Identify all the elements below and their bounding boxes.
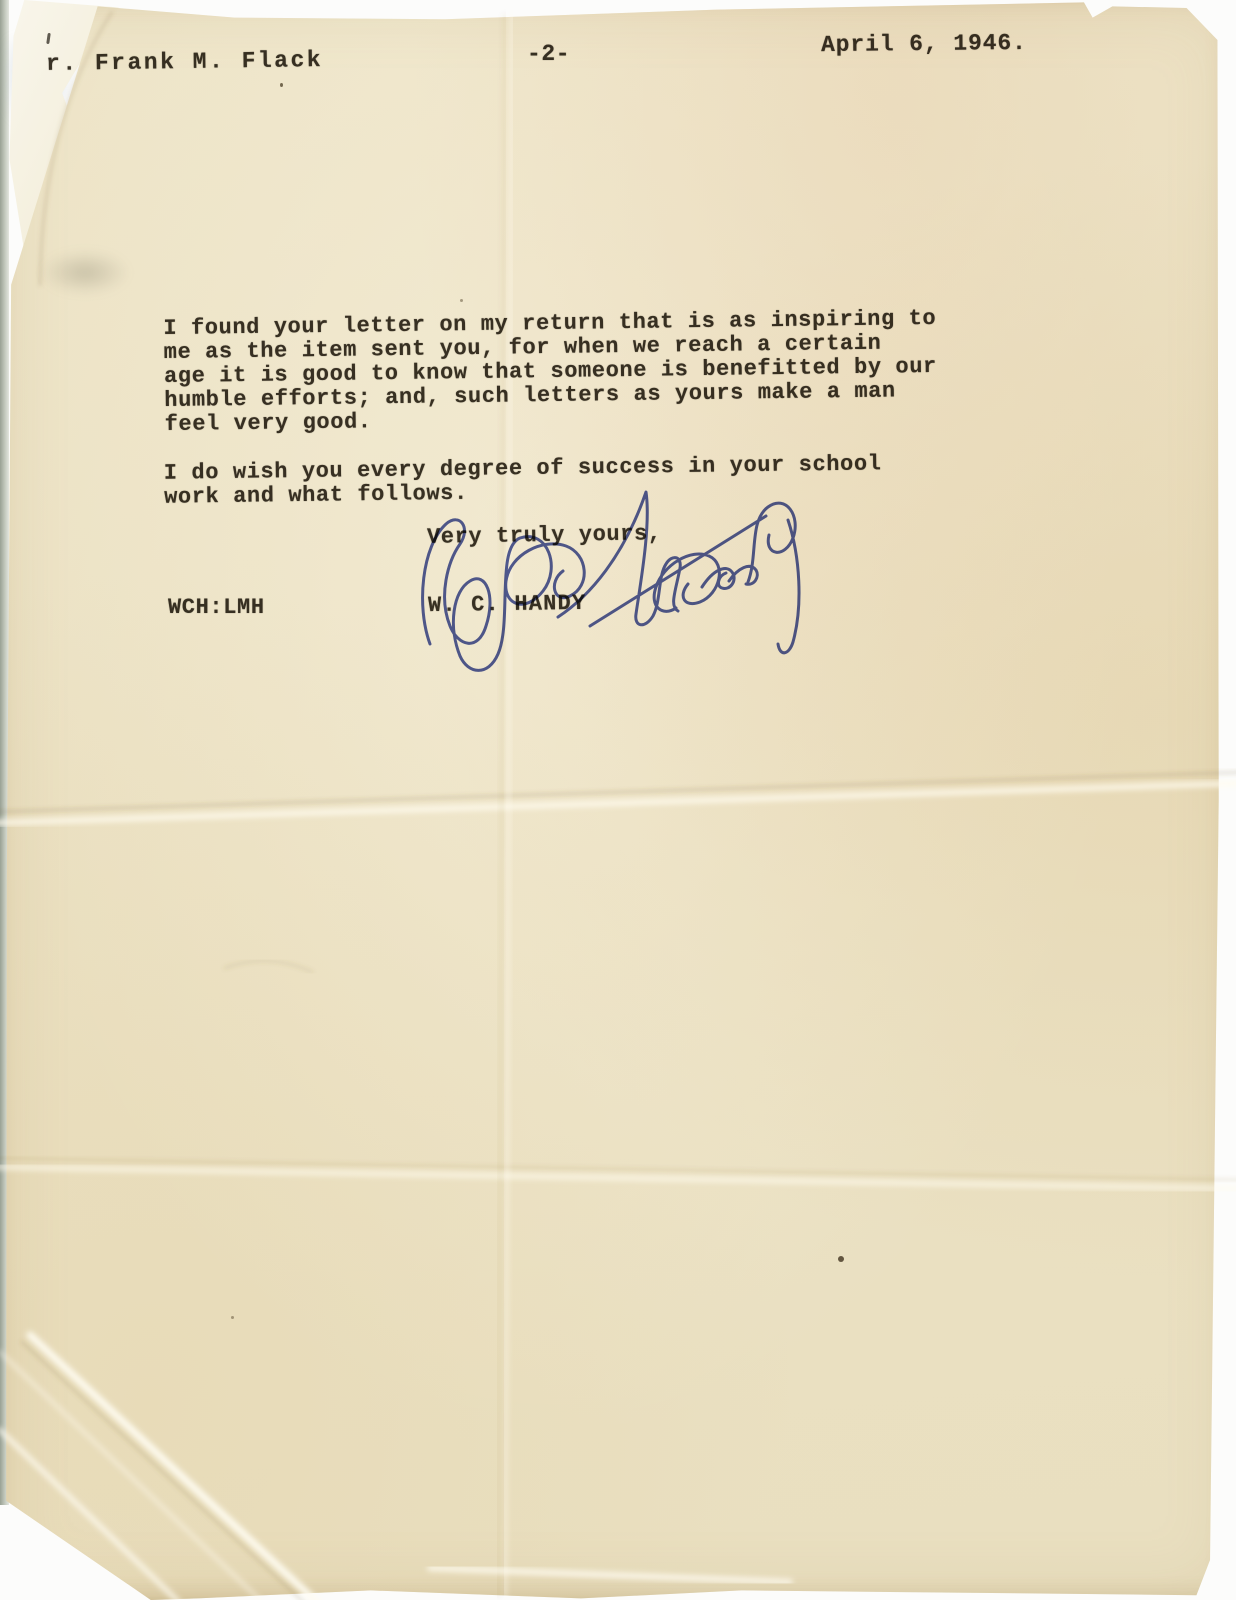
signature-handwriting bbox=[408, 476, 838, 691]
header-recipient: r. Frank M. Flack bbox=[46, 47, 323, 77]
header-page-number: -2- bbox=[527, 41, 570, 67]
fold-shadow-smudge bbox=[40, 250, 130, 295]
ink-speck bbox=[280, 83, 283, 87]
letter-scan: r. Frank M. Flack -2- April 6, 1946. I f… bbox=[0, 0, 1236, 1600]
header-date: April 6, 1946. bbox=[821, 30, 1027, 58]
body-paragraph-1: I found your letter on my return that is… bbox=[163, 307, 937, 437]
ink-speck bbox=[838, 1256, 844, 1262]
reference-initials: WCH:LMH bbox=[168, 596, 265, 620]
ink-speck bbox=[460, 299, 463, 302]
signature-path bbox=[423, 492, 799, 670]
ink-speck bbox=[231, 1316, 234, 1319]
paper-sheet bbox=[0, 0, 1236, 1600]
